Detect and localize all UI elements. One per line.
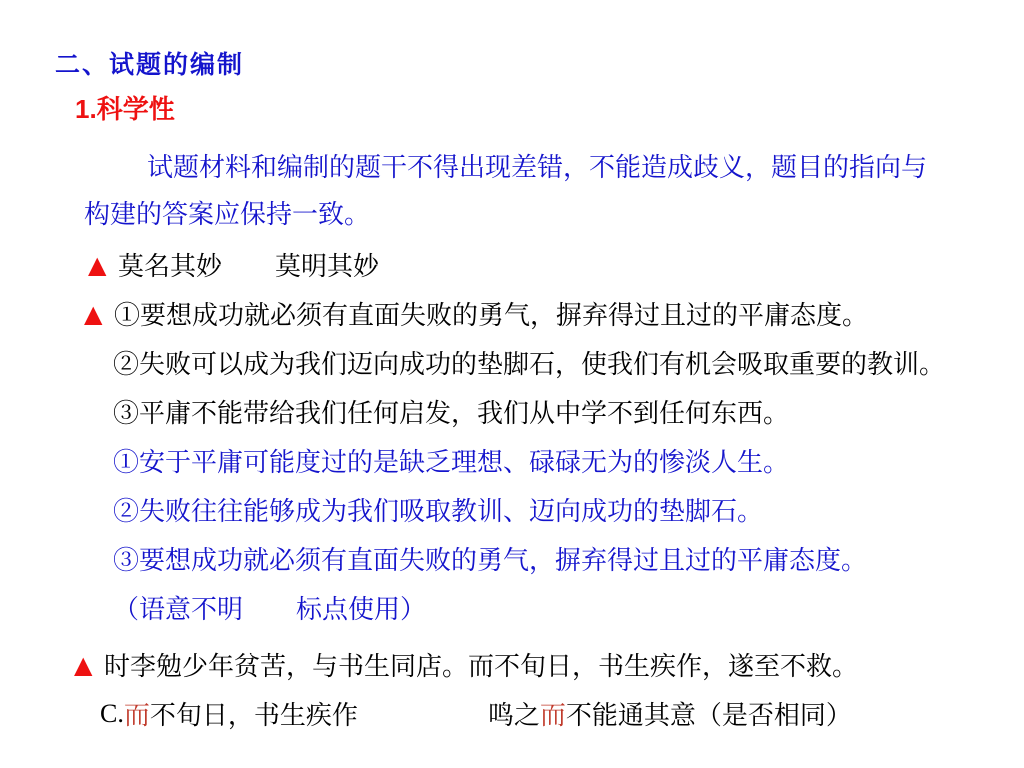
answer-example-line: ①安于平庸可能度过的是缺乏理想、碌碌无为的惨淡人生。 — [113, 436, 1024, 485]
triangle-marker-icon: ▲ — [88, 251, 118, 279]
answer-example-line: ③要想成功就必须有直面失败的勇气，摒弃得过且过的平庸态度。 — [113, 534, 1024, 583]
sentence-example-line: ▲ ①要想成功就必须有直面失败的勇气，摒弃得过且过的平庸态度。 — [84, 289, 1024, 338]
classical-example-block: ▲ 时李勉少年贫苦，与书生同店。而不旬日，书生疾作，遂至不救。 C.而不旬日，书… — [0, 640, 1024, 738]
er-highlight: 而 — [124, 695, 150, 732]
compare-post: 不能通其意（是否相同） — [566, 695, 852, 732]
idiom-left: 莫名其妙 — [118, 246, 222, 283]
sentence-example-line: ②失败可以成为我们迈向成功的垫脚石，使我们有机会吸取重要的教训。 — [113, 338, 1024, 387]
note-right: 标点使用） — [296, 589, 426, 626]
note-left: （语意不明 — [113, 589, 243, 626]
section-heading: 1.科学性 — [75, 93, 1024, 126]
slide-title: 二、试题的编制 — [55, 50, 1024, 80]
sentence-blue-1: ①安于平庸可能度过的是缺乏理想、碌碌无为的惨淡人生。 — [113, 442, 789, 479]
note-line: （语意不明 标点使用） — [113, 583, 1024, 632]
triangle-marker-icon: ▲ — [74, 651, 104, 679]
presentation-slide: 二、试题的编制 1.科学性 试题材料和编制的题干不得出现差错，不能造成歧义，题目… — [0, 0, 1024, 768]
option-c-line: C.而不旬日，书生疾作 鸣之而不能通其意（是否相同） — [100, 689, 1024, 738]
classical-sentence: 时李勉少年贫苦，与书生同店。而不旬日，书生疾作，遂至不救。 — [104, 646, 858, 683]
sentence-blue-2: ②失败往往能够成为我们吸取教训、迈向成功的垫脚石。 — [113, 491, 763, 528]
compare-pre: 鸣之 — [488, 695, 540, 732]
sentence-black-3: ③平庸不能带给我们任何启发，我们从中学不到任何东西。 — [113, 393, 789, 430]
triangle-marker-icon: ▲ — [84, 300, 114, 328]
sentence-black-2: ②失败可以成为我们迈向成功的垫脚石，使我们有机会吸取重要的教训。 — [113, 344, 945, 381]
section-label: 科学性 — [97, 95, 175, 124]
examples-block: ▲ 莫名其妙 莫明其妙 ▲ ①要想成功就必须有直面失败的勇气，摒弃得过且过的平庸… — [0, 240, 1024, 632]
classical-sentence-line: ▲ 时李勉少年贫苦，与书生同店。而不旬日，书生疾作，遂至不救。 — [74, 640, 1024, 689]
er-highlight: 而 — [540, 695, 566, 732]
option-c-mid: 不旬日，书生疾作 — [150, 695, 358, 732]
idiom-right: 莫明其妙 — [275, 246, 379, 283]
intro-paragraph: 试题材料和编制的题干不得出现差错，不能造成歧义，题目的指向与构建的答案应保持一致… — [84, 144, 944, 238]
sentence-example-line: ③平庸不能带给我们任何启发，我们从中学不到任何东西。 — [113, 387, 1024, 436]
answer-example-line: ②失败往往能够成为我们吸取教训、迈向成功的垫脚石。 — [113, 485, 1024, 534]
section-number: 1. — [75, 94, 97, 124]
option-c-prefix: C. — [100, 699, 124, 729]
sentence-blue-3: ③要想成功就必须有直面失败的勇气，摒弃得过且过的平庸态度。 — [113, 540, 867, 577]
sentence-black-1: ①要想成功就必须有直面失败的勇气，摒弃得过且过的平庸态度。 — [114, 295, 868, 332]
idiom-example-line: ▲ 莫名其妙 莫明其妙 — [88, 240, 1024, 289]
